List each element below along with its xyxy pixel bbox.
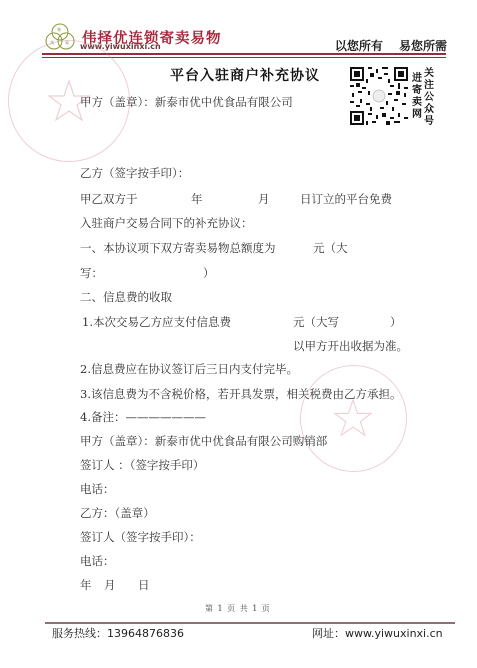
clause-2-heading: 二、信息费的收取 xyxy=(80,289,172,305)
clause-2-item-4: 4.备注：——————— xyxy=(80,409,206,425)
agreement-date-month: 月 xyxy=(258,191,270,207)
clause-2-item-3: 3.该信息费为不含税价格，若开具发票，相关税费由乙方承担。 xyxy=(80,386,401,402)
page-number: 第 1 页 共 1 页 xyxy=(205,603,271,614)
qr-code xyxy=(350,67,408,125)
website-url[interactable]: www.yiwuxinxi.cn xyxy=(345,627,443,640)
clause-2-item-1-receipt: 以甲方开出收据为准。 xyxy=(293,338,408,354)
clause-1-amount: 一、本协议项下双方寄卖易物总额度为 xyxy=(80,240,276,256)
clause-2-item-1-yuan: 元（大写 xyxy=(293,314,339,330)
party-b-seal: 乙方：（盖章） xyxy=(80,505,155,521)
footer-divider xyxy=(45,622,455,624)
company-seal-bottom xyxy=(300,365,407,472)
agreement-date-cont: 入驻商户交易合同下的补充协议： xyxy=(80,215,253,231)
website: 网址：www.yiwuxinxi.cn xyxy=(312,625,443,641)
clause-1-write: 写： xyxy=(80,265,103,281)
logo-label-1: 寄 xyxy=(57,27,61,33)
party-a-seal-line: 甲方（盖章）：新泰市优中优食品有限公司 xyxy=(80,94,293,110)
clause-2-item-2: 2.信息费应在协议签订后三日内支付完毕。 xyxy=(80,361,298,377)
agreement-date-year: 年 xyxy=(191,191,203,207)
sign-date-month: 月 xyxy=(104,577,116,593)
clause-1-yuan: 元（大 xyxy=(313,240,348,256)
party-b-phone: 电话： xyxy=(80,553,115,569)
slogan: 以您所有 易您所需 xyxy=(335,37,447,54)
party-b-sign-line: 乙方（签字按手印）： xyxy=(80,165,189,181)
agreement-date-prefix: 甲乙双方于 xyxy=(80,191,138,207)
hotline-label: 服务热线： xyxy=(52,627,107,640)
party-a-signature-company: 甲方（盖章）：新泰市优中优食品有限公司购销部 xyxy=(80,433,327,449)
party-b-signatory: 签订人（签字按手印）： xyxy=(80,529,201,545)
agreement-date-suffix: 日订立的平台免费 xyxy=(300,191,392,207)
service-hotline: 服务热线：13964876836 xyxy=(52,625,184,641)
clause-2-item-1-close: ） xyxy=(390,314,402,330)
sign-date-day: 日 xyxy=(138,577,150,593)
website-label: 网址： xyxy=(312,627,345,640)
party-a-phone: 电话： xyxy=(80,481,115,497)
clause-2-item-1: 1.本次交易乙方应支付信息费 xyxy=(82,314,231,330)
qr-caption-follow: 关注公众号 xyxy=(424,68,436,128)
document-title: 平台入驻商户补充协议 xyxy=(170,65,320,85)
sign-date-year: 年 xyxy=(80,577,92,593)
qr-code-icon xyxy=(350,67,408,125)
party-a-signatory: 签订人 ：（签字按手印） xyxy=(80,457,204,473)
seal-star-icon xyxy=(333,398,373,438)
clause-1-close: ） xyxy=(203,265,215,281)
qr-caption-enter: 进寄卖网 xyxy=(412,73,424,121)
hotline-number: 13964876836 xyxy=(107,627,184,640)
